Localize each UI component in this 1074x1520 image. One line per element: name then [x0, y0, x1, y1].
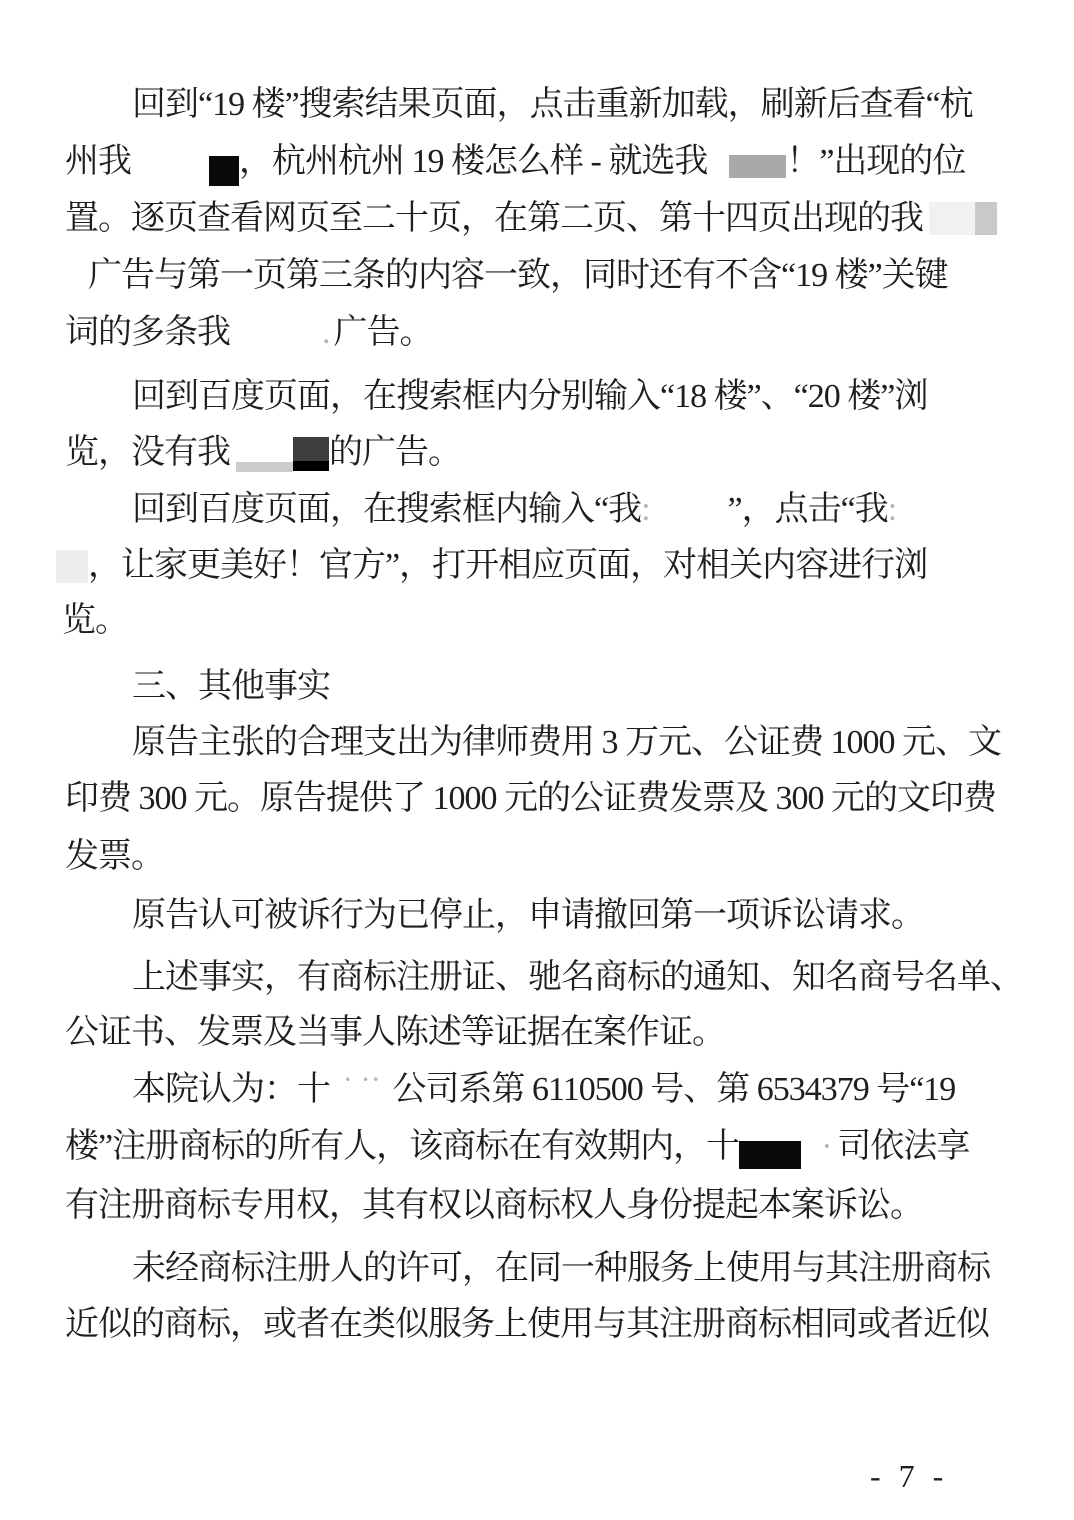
- redaction-box: [929, 202, 975, 235]
- text-line-21: 未经商标注册人的许可，在同一种服务上使用与其注册商标: [132, 1248, 990, 1290]
- text-segment: 公司系第 6110500 号、第 6534379 号“19: [392, 1071, 955, 1108]
- text-line-13: 印费 300 元。原告提供了 1000 元的公证费发票及 300 元的文印费: [65, 778, 996, 820]
- redaction-gap: [131, 170, 209, 172]
- redaction-box: [236, 462, 293, 472]
- text-segment: ，让家更美好！官方”，打开相应页面，对相关内容进行浏: [88, 547, 927, 584]
- text-segment: 未经商标注册人的许可，在同一种服务上使用与其注册商标: [132, 1250, 990, 1287]
- text-segment: 三、其他事实: [132, 668, 330, 705]
- text-segment: 近似的商标，或者在类似服务上使用与其注册商标相同或者近似: [65, 1306, 989, 1343]
- redaction-gap: [380, 1098, 392, 1100]
- text-line-14: 发票。: [65, 836, 164, 878]
- text-segment: ，杭州杭州 19 楼怎么样 - 就选我: [239, 143, 707, 180]
- text-line-1: 回到“19 楼”搜索结果页面，点击重新加载，刷新后查看“杭: [132, 84, 973, 126]
- text-segment: 词的多条我: [65, 314, 230, 351]
- scan-artifact: .: [322, 314, 330, 351]
- scan-artifact: :: [641, 491, 649, 528]
- text-segment: 回到“19 楼”搜索结果页面，点击重新加载，刷新后查看“杭: [132, 86, 973, 123]
- text-line-3: 置。逐页查看网页至二十页，在第二页、第十四页出现的我: [65, 198, 997, 240]
- text-segment: 广告。: [334, 314, 433, 351]
- text-segment: 置。逐页查看网页至二十页，在第二页、第十四页出现的我: [65, 200, 923, 237]
- text-line-5: 词的多条我.广告。: [65, 312, 433, 354]
- text-segment: 览。: [62, 602, 128, 639]
- text-segment: 上述事实，有商标注册证、驰名商标的通知、知名商号名单、: [132, 959, 1023, 996]
- text-line-18: 本院认为：十˙ ˙˙公司系第 6110500 号、第 6534379 号“19: [132, 1069, 955, 1111]
- text-line-16: 上述事实，有商标注册证、驰名商标的通知、知名商号名单、: [132, 957, 1023, 999]
- text-segment: ”，点击“我: [728, 491, 888, 528]
- scan-artifact: ˙ ˙˙: [342, 1071, 380, 1108]
- redaction-gap: [330, 1098, 342, 1100]
- text-segment: 览，没有我: [65, 434, 230, 471]
- redaction-box: [739, 1141, 801, 1169]
- text-segment: 本院认为：十: [132, 1071, 330, 1108]
- text-line-20: 有注册商标专用权，其有权以商标权人身份提起本案诉讼。: [65, 1185, 923, 1227]
- text-line-10: 览。: [62, 600, 128, 642]
- document-page: - 7 - 回到“19 楼”搜索结果页面，点击重新加载，刷新后查看“杭州我，杭州…: [0, 0, 1074, 1520]
- text-line-7: 览，没有我的广告。: [65, 432, 461, 474]
- text-segment: 公证书、发票及当事人陈述等证据在案作证。: [65, 1014, 725, 1051]
- redaction-gap: [801, 1155, 821, 1157]
- text-segment: ！”出现的位: [786, 143, 965, 180]
- redaction-box: [293, 437, 329, 471]
- scan-artifact: :: [888, 491, 896, 528]
- redaction-gap: [230, 341, 322, 343]
- text-segment: 司依法享: [837, 1128, 969, 1165]
- redaction-box: [975, 202, 997, 235]
- text-segment: 发票。: [65, 838, 164, 875]
- redaction-gap: [650, 518, 728, 520]
- text-segment: 有注册商标专用权，其有权以商标权人身份提起本案诉讼。: [65, 1187, 923, 1224]
- text-line-12: 原告主张的合理支出为律师费用 3 万元、公证费 1000 元、文: [132, 722, 1001, 764]
- redaction-gap: [707, 170, 729, 172]
- text-segment: 回到百度页面，在搜索框内分别输入“18 楼”、“20 楼”浏: [132, 378, 927, 415]
- text-line-4: 广告与第一页第三条的内容一致，同时还有不含“19 楼”关键: [88, 255, 948, 297]
- text-line-6: 回到百度页面，在搜索框内分别输入“18 楼”、“20 楼”浏: [132, 376, 927, 418]
- text-segment: 原告认可被诉行为已停止，申请撤回第一项诉讼请求。: [132, 897, 924, 934]
- text-line-19: 楼”注册商标的所有人，该商标在有效期内，十·司依法享: [65, 1126, 969, 1169]
- redaction-box: [209, 156, 239, 186]
- text-segment: 原告主张的合理支出为律师费用 3 万元、公证费 1000 元、文: [132, 724, 1001, 761]
- scan-artifact: ·: [821, 1128, 831, 1165]
- redaction-box: [729, 155, 786, 178]
- text-line-2: 州我，杭州杭州 19 楼怎么样 - 就选我！”出现的位: [65, 141, 965, 186]
- text-line-9: ，让家更美好！官方”，打开相应页面，对相关内容进行浏: [56, 545, 927, 587]
- text-line-11: 三、其他事实: [132, 666, 330, 708]
- text-line-22: 近似的商标，或者在类似服务上使用与其注册商标相同或者近似: [65, 1304, 989, 1346]
- text-line-17: 公证书、发票及当事人陈述等证据在案作证。: [65, 1012, 725, 1054]
- text-segment: 印费 300 元。原告提供了 1000 元的公证费发票及 300 元的文印费: [65, 780, 996, 817]
- redaction-box: [56, 550, 88, 583]
- text-segment: 的广告。: [329, 434, 461, 471]
- text-line-15: 原告认可被诉行为已停止，申请撤回第一项诉讼请求。: [132, 895, 924, 937]
- text-segment: 回到百度页面，在搜索框内输入“我: [132, 491, 641, 528]
- page-number: - 7 -: [870, 1458, 948, 1495]
- text-segment: 楼”注册商标的所有人，该商标在有效期内，十: [65, 1128, 739, 1165]
- text-segment: 州我: [65, 143, 131, 180]
- text-segment: 广告与第一页第三条的内容一致，同时还有不含“19 楼”关键: [88, 257, 948, 294]
- text-line-8: 回到百度页面，在搜索框内输入“我:”，点击“我:: [132, 489, 896, 531]
